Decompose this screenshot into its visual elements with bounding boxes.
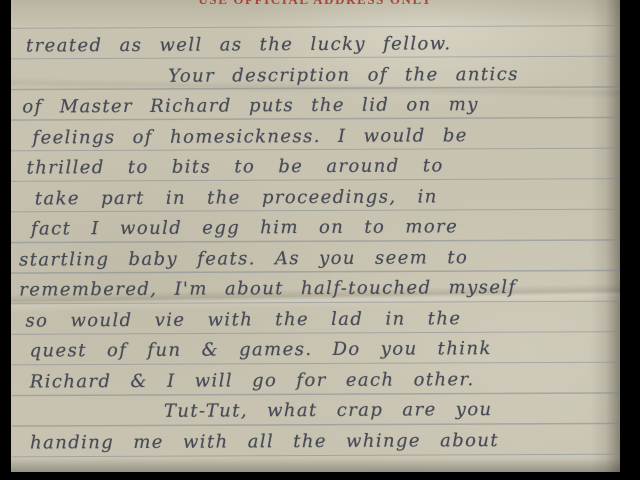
letter-line-5: thrilled to bits to be around to: [27, 157, 444, 177]
letter-line-3: of Master Richard puts the lid on my: [22, 96, 479, 116]
letter-page: USE OFFICIAL ADDRESS ONLY treated as wel…: [11, 0, 620, 472]
letter-line-8: startling baby feats. As you seem to: [19, 249, 468, 269]
letter-line-2: Your description of the antics: [168, 66, 519, 86]
letter-line-10: so would vie with the lad in the: [25, 310, 461, 330]
letter-line-13: Tut-Tut, what crap are you: [164, 401, 493, 421]
letter-line-4: feelings of homesickness. I would be: [32, 127, 467, 147]
letter-line-12: Richard & I will go for each other.: [30, 371, 475, 391]
letter-line-1: treated as well as the lucky fellow.: [26, 35, 452, 55]
photo-background: USE OFFICIAL ADDRESS ONLY treated as wel…: [0, 0, 640, 480]
letter-line-11: quest of fun & games. Do you think: [30, 340, 492, 360]
letter-line-6: take part in the proceedings, in: [35, 188, 438, 208]
handwriting-layer: treated as well as the lucky fellow. You…: [11, 0, 620, 472]
letter-line-9: remembered, I'm about half-touched mysel…: [19, 279, 516, 300]
letter-line-14: handing me with all the whinge about: [30, 432, 499, 452]
letter-line-7: fact I would egg him on to more: [31, 218, 458, 238]
